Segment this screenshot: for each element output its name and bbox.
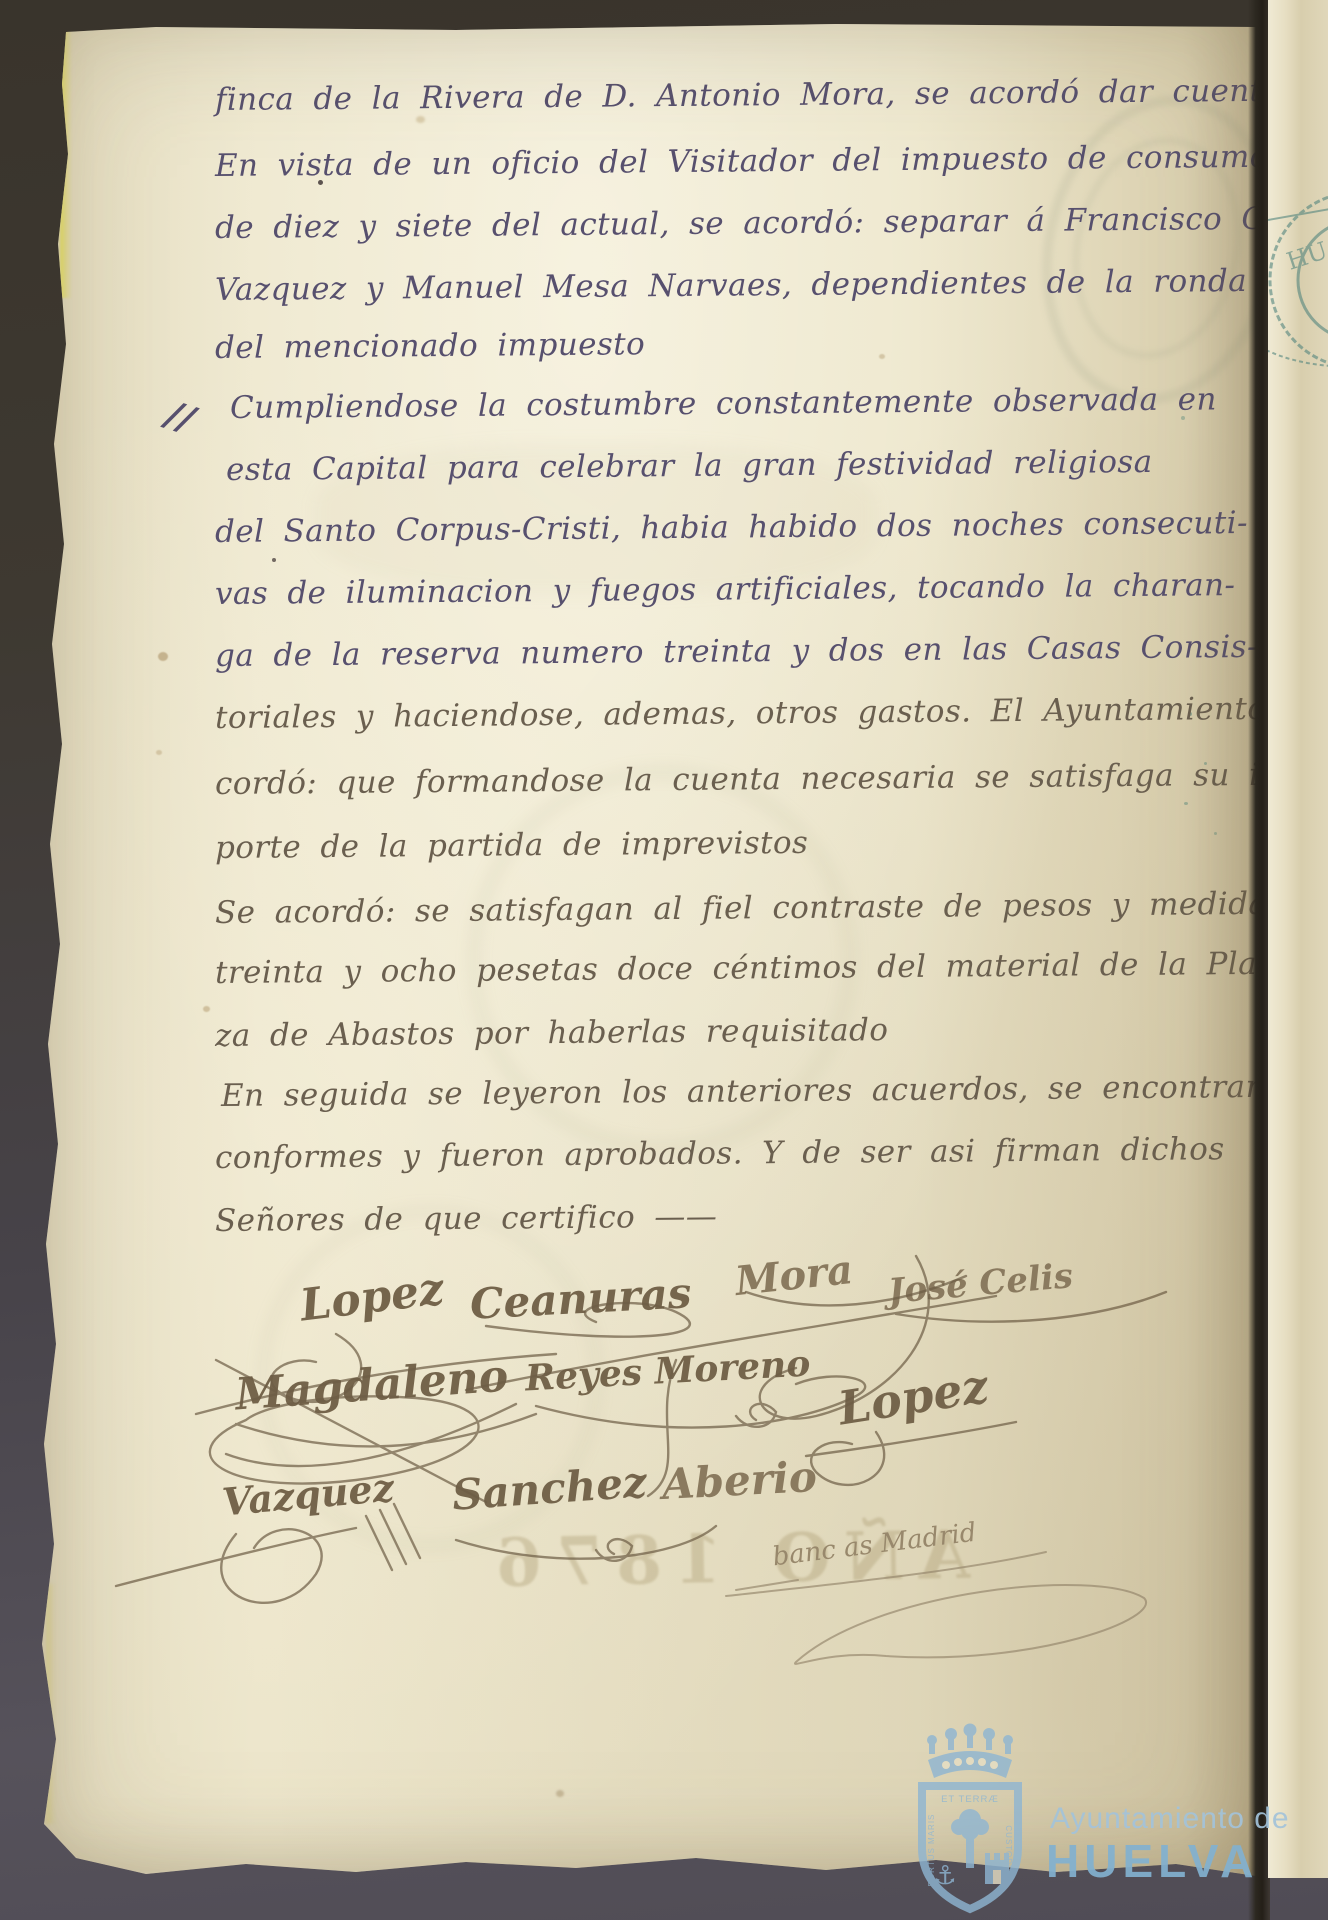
age-spot [156, 750, 162, 755]
signature-magdaleno: Magdaleno [234, 1351, 510, 1421]
flourish-vazquez [221, 1529, 321, 1602]
ink-speck [272, 558, 276, 562]
manuscript-page: // finca de la Rivera de D. Antonio Mora… [36, 24, 1256, 1886]
flourish-hatch [366, 1504, 420, 1570]
teal-stamp: HU [1268, 120, 1328, 540]
paragraph-mark: // [161, 393, 199, 441]
signature-sanchez: Sanchez [451, 1457, 649, 1519]
age-spot [879, 354, 885, 359]
manuscript-line: porte de la partida de imprevistos [215, 825, 809, 866]
flourish-x1 [236, 1414, 536, 1446]
signature-mora: Mora [733, 1246, 855, 1305]
manuscript-line: treinta y ocho pesetas doce céntimos del… [215, 946, 1268, 991]
signature-vazquez: Vazquez [220, 1465, 395, 1525]
age-spot [556, 1790, 564, 1797]
manuscript-line: conformes y fueron aprobados. Y de ser a… [215, 1131, 1225, 1176]
yellow-edge-highlight [46, 1584, 56, 1824]
manuscript-line: toriales y haciendose, ademas, otros gas… [215, 690, 1316, 736]
yellow-edge-highlight [60, 28, 72, 298]
age-spot [416, 116, 425, 123]
flourish-vazquez-line [116, 1528, 356, 1586]
manuscript-line: za de Abastos por haberlas requisitado [215, 1012, 889, 1054]
scan-background: // finca de la Rivera de D. Antonio Mora… [0, 0, 1328, 1920]
manuscript-line: del Santo Corpus-Cristi, habia habido do… [215, 505, 1248, 550]
teal-speck [1214, 832, 1217, 835]
signature-aberio: Aberio [661, 1452, 818, 1509]
manuscript-line: En seguida se leyeron los anteriores acu… [221, 1069, 1300, 1114]
manuscript-line: cordó: que formandose la cuenta necesari… [215, 757, 1300, 802]
stamp-letters: HU [1283, 236, 1328, 275]
adjacent-page-edge: HU [1268, 0, 1328, 1878]
manuscript-line: vas de iluminacion y fuegos artificiales… [215, 567, 1236, 612]
signature-jose-celis: José Celis [887, 1256, 1075, 1312]
manuscript-line: Se acordó: se satisfagan al fiel contras… [215, 886, 1284, 931]
flourish-lopez2 [811, 1432, 884, 1485]
torn-edge-highlight [56, 1870, 1236, 1880]
flourish-reyes-loops [736, 1404, 776, 1427]
age-spot [158, 652, 168, 661]
final-flourish [795, 1585, 1146, 1664]
manuscript-line: del mencionado impuesto [215, 326, 645, 366]
signature-reyes-moreno: Reyes Moreno [524, 1343, 811, 1400]
manuscript-line: ga de la reserva numero treinta y dos en… [215, 629, 1258, 674]
signature-lopez-2: Lopez [835, 1359, 992, 1436]
manuscript-line: Señores de que certifico —— [215, 1199, 717, 1239]
flourish-lopez2-line [806, 1422, 1016, 1456]
teal-speck [1184, 802, 1188, 805]
manuscript-line: esta Capital para celebrar la gran festi… [226, 444, 1153, 488]
age-spot [203, 1006, 210, 1012]
book-gutter-shadow [1248, 0, 1270, 1920]
anchor-icon: ⚓ [933, 1861, 956, 1891]
signature-lopez-1: Lopez [297, 1263, 446, 1331]
signature-ceanuras: Ceanuras [469, 1268, 693, 1329]
manuscript-line: Cumpliendose la costumbre constantemente… [230, 381, 1217, 426]
